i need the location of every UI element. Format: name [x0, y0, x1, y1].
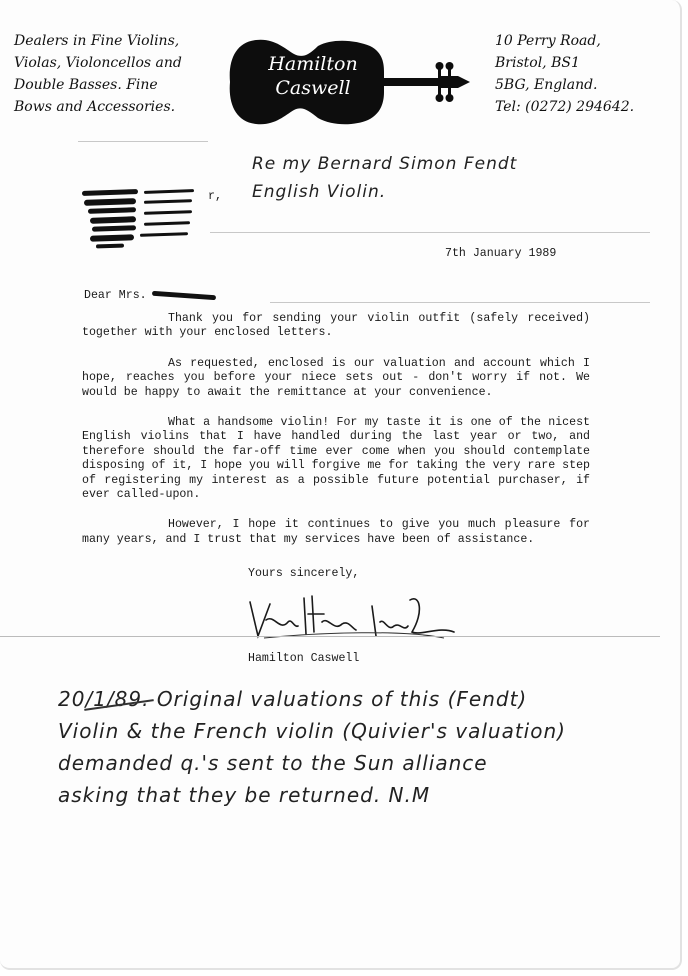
paste-edge [270, 302, 650, 303]
letter-page: Dealers in Fine Violins, Violas, Violonc… [0, 0, 682, 970]
handwritten-annotation: 20/1/89. Original valuations of this (Fe… [58, 683, 678, 811]
signature-rule [0, 636, 660, 637]
letterhead-services-line: Violas, Violoncellos and [14, 52, 214, 74]
body-paragraph: However, I hope it continues to give you… [82, 518, 590, 547]
letterhead-services-line: Dealers in Fine Violins, [14, 30, 214, 52]
body-paragraph: Thank you for sending your violin outfit… [82, 312, 590, 341]
letterhead-address-line: Bristol, BS1 [495, 52, 685, 74]
annotation-line: Violin & the French violin (Quivier's va… [58, 715, 678, 747]
salutation: Dear Mrs. [84, 289, 147, 302]
letterhead-address-line: 5BG, England. [495, 74, 685, 96]
annotation-line: asking that they be returned. N.M [58, 779, 678, 811]
body-paragraph: What a handsome violin! For my taste it … [82, 416, 590, 502]
body-paragraph: As requested, enclosed is our valuation … [82, 357, 590, 400]
annotation-line: demanded q.'s sent to the Sun alliance [58, 747, 678, 779]
letterhead-services: Dealers in Fine Violins, Violas, Violonc… [14, 30, 214, 118]
paste-edge [210, 232, 650, 233]
letter-body: Thank you for sending your violin outfit… [82, 312, 590, 563]
handwritten-reference-line: Re my Bernard Simon Fendt [252, 150, 517, 178]
letterhead-address-line: 10 Perry Road, [495, 30, 685, 52]
letter-date: 7th January 1989 [445, 247, 556, 260]
letterhead-address: 10 Perry Road, Bristol, BS1 5BG, England… [495, 30, 685, 118]
closing: Yours sincerely, [248, 567, 359, 580]
paste-edge [78, 141, 208, 142]
handwritten-reference: Re my Bernard Simon Fendt English Violin… [252, 150, 517, 206]
signature-scribble [244, 592, 474, 642]
letterhead-services-line: Double Basses. Fine [14, 74, 214, 96]
logo-line: Hamilton [238, 52, 388, 76]
logo-line: Caswell [238, 76, 388, 100]
redacted-name [152, 291, 216, 300]
handwritten-reference-line: English Violin. [252, 178, 517, 206]
logo-wordmark: Hamilton Caswell [238, 52, 388, 100]
signer-name: Hamilton Caswell [248, 652, 359, 665]
address-suffix: r, [208, 190, 222, 203]
letterhead-address-line: Tel: (0272) 294642. [495, 96, 685, 118]
letterhead-services-line: Bows and Accessories. [14, 96, 214, 118]
